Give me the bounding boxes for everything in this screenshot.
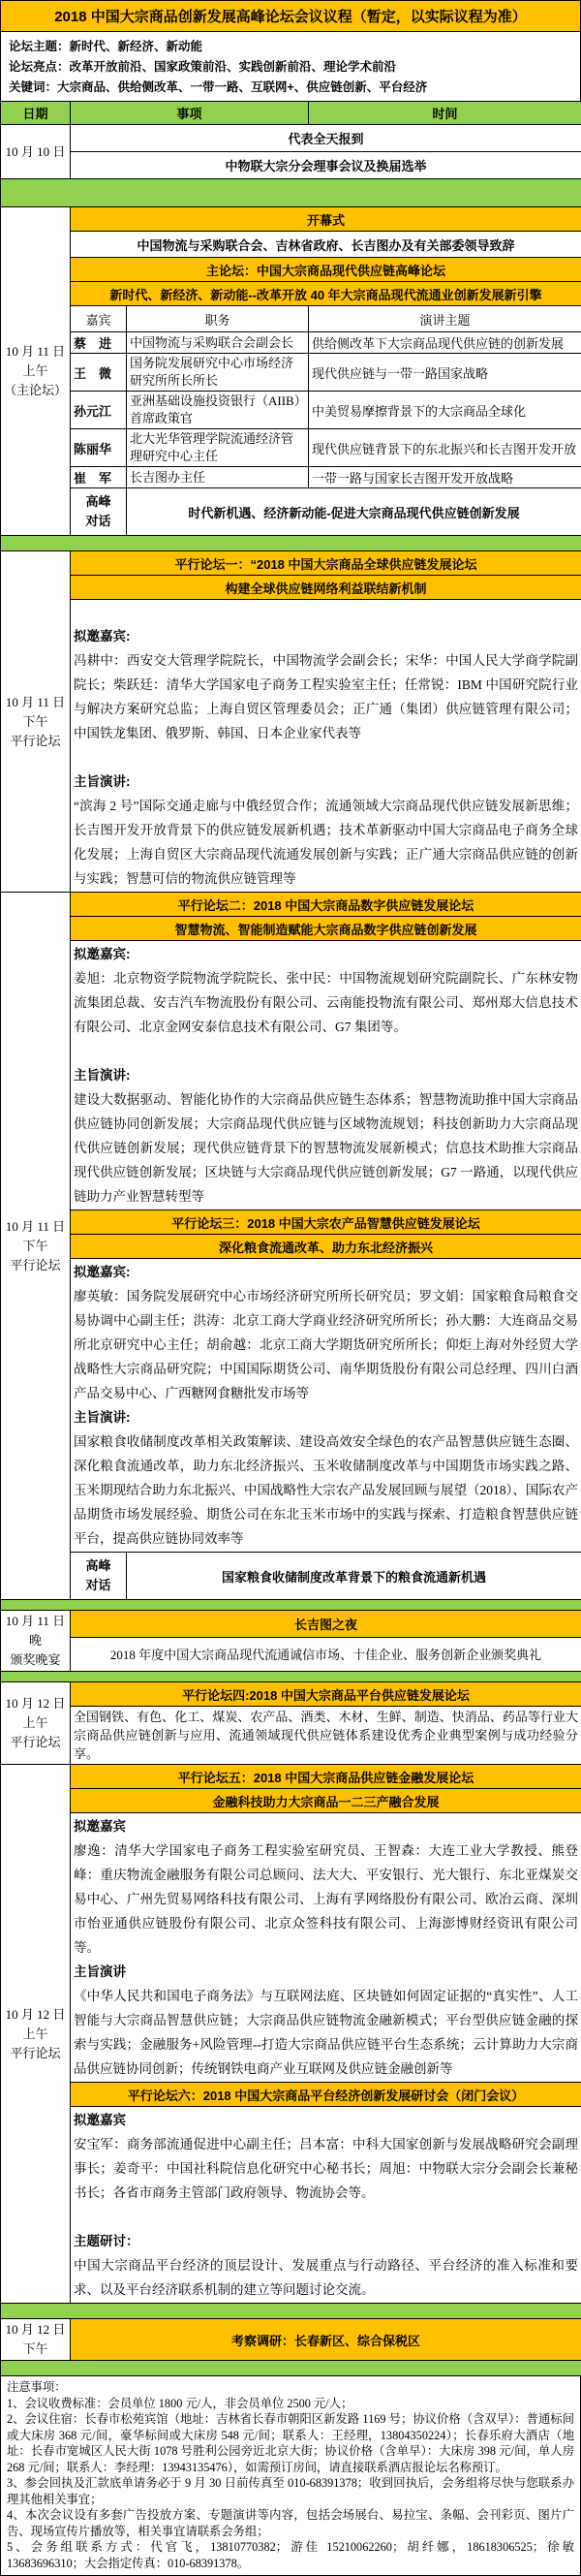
- forum3-keynote: 国家粮食收储制度改革相关政策解读、建设高效安全绿色的农产品智慧供应链生态圈、深化…: [74, 1429, 578, 1551]
- date-cell-oct11-afternoon-1: 10 月 11 日 下午 平行论坛: [1, 551, 71, 893]
- site-visit-event: 考察调研：长春新区、综合保税区: [71, 2319, 581, 2361]
- speaker-row: 崔 军 长吉图办主任 一带一路与国家长吉图开发开放战略: [1, 467, 581, 488]
- note-item: 2、会议住宿：长春市松苑宾馆（地址：吉林省长春市朝阳区新发路 1169 号；协议…: [7, 2411, 574, 2475]
- forum4-desc: 全国钢铁、有色、化工、煤炭、农产品、酒类、木材、生鲜、制造、快消品、药品等行业大…: [71, 1707, 581, 1765]
- forum3-guests: 廖英敏：国务院发展研究中心市场经济研究所所长研究员；罗文娟：国家粮食局粮食交易协…: [74, 1284, 578, 1405]
- separator-cell: [1, 1672, 581, 1682]
- event-council-meeting: 中物联大宗分会理事会议及换届选举: [71, 152, 581, 179]
- forum3-keynote-label: 主旨演讲:: [74, 1405, 578, 1429]
- separator-row: [1, 179, 581, 207]
- gala-title: 长吉图之夜: [71, 1611, 581, 1638]
- table-row-forum3-subtitle: 深化粮食流通改革、助力东北经济振兴: [1, 1235, 581, 1259]
- table-row-forum2-body: 拟邀嘉宾: 姜旭：北京物资学院物流学院院长、张中民：中国物流规划研究院副院长、广…: [1, 941, 581, 1210]
- table-row-forum3-body: 拟邀嘉宾: 廖英敏：国务院发展研究中心市场经济研究所所长研究员；罗文娟：国家粮食…: [1, 1259, 581, 1553]
- speaker-row: 王 微 国务院发展研究中心市场经济研究所所长所长 现代供应链与一带一路国家战略: [1, 354, 581, 392]
- topic-col-header: 演讲主题: [309, 306, 581, 332]
- page-title: 2018 中国大宗商品创新发展高峰论坛会议议程（暂定，以实际议程为准）: [0, 0, 581, 32]
- main-forum-title: 主论坛：中国大宗商品现代供应链高峰论坛: [71, 258, 581, 282]
- table-row-forum1-subtitle: 构建全球供应链网络利益联结新机制: [1, 576, 581, 600]
- table-row-oct10-registration: 10 月 10 日 代表全天报到: [1, 125, 581, 152]
- speaker-name: 孙元江: [71, 392, 127, 429]
- agenda-document: 2018 中国大宗商品创新发展高峰论坛会议议程（暂定，以实际议程为准） 论坛主题…: [0, 0, 581, 2576]
- forum2-body: 拟邀嘉宾: 姜旭：北京物资学院物流学院院长、张中民：中国物流规划研究院副院长、广…: [71, 941, 581, 1210]
- speaker-name: 陈丽华: [71, 429, 127, 467]
- separator-row: [1, 2361, 581, 2376]
- date-cell-oct10: 10 月 10 日: [1, 125, 71, 179]
- note-item: 3、参会回执及汇款底单请务必于 9 月 30 日前传真至 010-6839137…: [7, 2475, 574, 2507]
- separator-row: [1, 1600, 581, 1611]
- forum5-subtitle: 金融科技助力大宗商品一二三产融合发展: [71, 1789, 581, 1813]
- forum1-body: 拟邀嘉宾: 冯耕中：西安交大管理学院院长，中国物流学会副会长；宋华：中国人民大学…: [71, 600, 581, 893]
- event-registration: 代表全天报到: [71, 125, 581, 152]
- forum5-keynote-label: 主旨演讲: [74, 1960, 578, 1984]
- separator-row: [1, 1672, 581, 1682]
- table-row-forum5-subtitle: 金融科技助力大宗商品一二三产融合发展: [1, 1789, 581, 1813]
- table-row-main-forum-title: 主论坛：中国大宗商品现代供应链高峰论坛: [1, 258, 581, 282]
- grain-dialog-topic: 国家粮食收储制度改革背景下的粮食流通新机遇: [127, 1553, 581, 1600]
- col-header-date: 日期: [1, 102, 71, 125]
- forum2-guests: 姜旭：北京物资学院物流学院院长、张中民：中国物流规划研究院副院长、广东林安物流集…: [74, 966, 578, 1039]
- forum2-title: 平行论坛二：2018 中国大宗商品数字供应链发展论坛: [71, 893, 581, 917]
- separator-cell: [1, 179, 581, 207]
- col-header-time: 时间: [309, 102, 581, 125]
- forum-theme: 论坛主题：新时代、新经济、新动能: [9, 37, 572, 57]
- speaker-name: 蔡 进: [71, 332, 127, 354]
- col-header-item: 事项: [71, 102, 309, 125]
- forum6-seminar: 中国大宗商品平台经济的顶层设计、发展重点与行动路径、平台经济的准入标准和要求、以…: [74, 2253, 578, 2302]
- date-cell-oct11-afternoon-2: 10 月 11 日 下午 平行论坛: [1, 893, 71, 1600]
- separator-cell: [1, 536, 581, 551]
- table-row-forum4-title: 10 月 12 日 上午 平行论坛 平行论坛四:2018 中国大宗商品平台供应链…: [1, 1682, 581, 1707]
- forum1-guests: 冯耕中：西安交大管理学院院长，中国物流学会副会长；宋华：中国人民大学商学院副院长…: [74, 648, 578, 745]
- table-row-forum6-title: 平行论坛六：2018 中国大宗商品平台经济创新发展研讨会（闭门会议）: [1, 2083, 581, 2107]
- speaker-position: 中国物流与采购联合会副会长: [127, 332, 309, 354]
- forum3-subtitle: 深化粮食流通改革、助力东北经济振兴: [71, 1235, 581, 1259]
- table-row-forum2-subtitle: 智慧物流、智能制造赋能大宗商品数字供应链创新发展: [1, 917, 581, 941]
- leaders-speech: 中国物流与采购联合会、吉林省政府、长吉图办及有关部委领导致辞: [71, 232, 581, 258]
- table-header-row: 日期 事项 时间: [1, 102, 581, 125]
- note-item: 5、会务组联系方式：代官飞，13810770382；游佳 15210062260…: [7, 2539, 574, 2571]
- forum5-title: 平行论坛五：2018 中国大宗商品供应链金融发展论坛: [71, 1765, 581, 1789]
- table-row-forum3-title: 平行论坛三：2018 中国大宗农产品智慧供应链发展论坛: [1, 1210, 581, 1235]
- speaker-row: 陈丽华 北大光华管理学院流通经济管理研究中心主任 现代供应链背景下的东北振兴和长…: [1, 429, 581, 467]
- table-row-forum4-body: 全国钢铁、有色、化工、煤炭、农产品、酒类、木材、生鲜、制造、快消品、药品等行业大…: [1, 1707, 581, 1765]
- date-cell-oct11-evening: 10 月 11 日 晚 颁奖晚宴: [1, 1611, 71, 1672]
- forum2-subtitle: 智慧物流、智能制造赋能大宗商品数字供应链创新发展: [71, 917, 581, 941]
- meta-block: 论坛主题：新时代、新经济、新动能 论坛亮点：改革开放前沿、国家政策前沿、实践创新…: [0, 32, 581, 101]
- speaker-topic: 现代供应链与一带一路国家战略: [309, 354, 581, 392]
- speaker-topic: 供给侧改革下大宗商品现代供应链的创新发展: [309, 332, 581, 354]
- table-row-forum1-body: 拟邀嘉宾: 冯耕中：西安交大管理学院院长，中国物流学会副会长；宋华：中国人民大学…: [1, 600, 581, 893]
- speaker-position: 亚洲基础设施投资银行（AIIB）首席政策官: [127, 392, 309, 429]
- forum-highlights: 论坛亮点：改革开放前沿、国家政策前沿、实践创新前沿、理论学术前沿: [9, 57, 572, 78]
- forum1-subtitle: 构建全球供应链网络利益联结新机制: [71, 576, 581, 600]
- forum6-guests: 安宝军：商务部流通促进中心副主任；吕本富：中科大国家创新与发展战略研究会副理事长…: [74, 2132, 578, 2205]
- date-cell-oct12-afternoon: 10 月 12 日 下午: [1, 2319, 71, 2361]
- forum6-guests-label: 拟邀嘉宾: [74, 2108, 578, 2132]
- separator-row: [1, 2304, 581, 2319]
- summit-dialog-topic: 时代新机遇、经济新动能-促进大宗商品现代供应链创新发展: [127, 488, 581, 536]
- notes-section: 注意事项： 1、会议收费标准：会员单位 1800 元/人，非会员单位 2500 …: [0, 2376, 581, 2576]
- speaker-header-row: 嘉宾 职务 演讲主题: [1, 306, 581, 332]
- forum1-title: 平行论坛一：“2018 中国大宗商品全球供应链发展论坛: [71, 551, 581, 576]
- speaker-row: 蔡 进 中国物流与采购联合会副会长 供给侧改革下大宗商品现代供应链的创新发展: [1, 332, 581, 354]
- table-row-forum1-title: 10 月 11 日 下午 平行论坛 平行论坛一：“2018 中国大宗商品全球供应…: [1, 551, 581, 576]
- speaker-position: 国务院发展研究中心市场经济研究所所长所长: [127, 354, 309, 392]
- table-row-oct10-council: 中物联大宗分会理事会议及换届选举: [1, 152, 581, 179]
- agenda-table: 日期 事项 时间 10 月 10 日 代表全天报到 中物联大宗分会理事会议及换届…: [0, 101, 581, 2376]
- forum6-title: 平行论坛六：2018 中国大宗商品平台经济创新发展研讨会（闭门会议）: [71, 2083, 581, 2107]
- table-row-forum5-title: 10 月 12 日 上午 平行论坛 平行论坛五：2018 中国大宗商品供应链金融…: [1, 1765, 581, 1789]
- table-row-forum2-title: 10 月 11 日 下午 平行论坛 平行论坛二：2018 中国大宗商品数字供应链…: [1, 893, 581, 917]
- guest-col-header: 嘉宾: [71, 306, 127, 332]
- summit-dialog-row: 高峰 对话 时代新机遇、经济新动能-促进大宗商品现代供应链创新发展: [1, 488, 581, 536]
- separator-cell: [1, 2304, 581, 2319]
- separator-cell: [1, 1600, 581, 1611]
- speaker-name: 崔 军: [71, 467, 127, 488]
- grain-dialog-label: 高峰 对话: [71, 1553, 127, 1600]
- speaker-topic: 一带一路与国家长吉图开发开放战略: [309, 467, 581, 488]
- table-row-gala-desc: 2018 年度中国大宗商品现代流通诚信市场、十佳企业、服务创新企业颁奖典礼: [1, 1637, 581, 1671]
- table-row-leaders-speech: 中国物流与采购联合会、吉林省政府、长吉图办及有关部委领导致辞: [1, 232, 581, 258]
- forum3-body: 拟邀嘉宾: 廖英敏：国务院发展研究中心市场经济研究所所长研究员；罗文娟：国家粮食…: [71, 1259, 581, 1553]
- speaker-position: 长吉图办主任: [127, 467, 309, 488]
- table-row-opening-ceremony: 10 月 11 日 上午 （主论坛） 开幕式: [1, 207, 581, 232]
- forum6-seminar-label: 主题研讨：: [74, 2229, 578, 2253]
- table-row-forum5-body: 拟邀嘉宾 廖逸：清华大学国家电子商务工程实验室研究员、王智森：大连工业大学教授、…: [1, 1813, 581, 2083]
- speaker-name: 王 微: [71, 354, 127, 392]
- table-row-forum6-body: 拟邀嘉宾 安宝军：商务部流通促进中心副主任；吕本富：中科大国家创新与发展战略研究…: [1, 2107, 581, 2304]
- table-row-site-visit: 10 月 12 日 下午 考察调研：长春新区、综合保税区: [1, 2319, 581, 2361]
- note-item: 1、会议收费标准：会员单位 1800 元/人，非会员单位 2500 元/人；: [7, 2396, 574, 2412]
- position-col-header: 职务: [127, 306, 309, 332]
- notes-title: 注意事项：: [7, 2379, 574, 2396]
- note-item: 4、本次会议设有多套广告投放方案、专题演讲等内容，包括会场展台、易拉宝、条幅、会…: [7, 2507, 574, 2539]
- forum5-body: 拟邀嘉宾 廖逸：清华大学国家电子商务工程实验室研究员、王智森：大连工业大学教授、…: [71, 1813, 581, 2083]
- forum1-keynote: “滨海 2 号”国际交通走廊与中俄经贸合作；流通领域大宗商品现代供应链发展新思维…: [74, 794, 578, 891]
- separator-row: [1, 536, 581, 551]
- forum5-keynote: 《中华人民共和国电子商务法》与互联网法庭、区块链如何固定证据的“真实性”、人工智…: [74, 1984, 578, 2081]
- forum4-title: 平行论坛四:2018 中国大宗商品平台供应链发展论坛: [71, 1682, 581, 1707]
- speaker-position: 北大光华管理学院流通经济管理研究中心主任: [127, 429, 309, 467]
- forum3-guests-label: 拟邀嘉宾:: [74, 1260, 578, 1284]
- table-row-main-forum-subtitle: 新时代、新经济、新动能--改革开放 40 年大宗商品现代流通业创新发展新引擎: [1, 282, 581, 306]
- opening-ceremony-title: 开幕式: [71, 207, 581, 232]
- forum1-keynote-label: 主旨演讲:: [74, 770, 578, 794]
- speaker-topic: 中美贸易摩擦背景下的大宗商品全球化: [309, 392, 581, 429]
- speaker-row: 孙元江 亚洲基础设施投资银行（AIIB）首席政策官 中美贸易摩擦背景下的大宗商品…: [1, 392, 581, 429]
- date-cell-oct12-morning-2: 10 月 12 日 上午 平行论坛: [1, 1765, 71, 2304]
- table-row-gala-title: 10 月 11 日 晚 颁奖晚宴 长吉图之夜: [1, 1611, 581, 1638]
- forum2-keynote-label: 主旨演讲:: [74, 1063, 578, 1087]
- main-forum-subtitle: 新时代、新经济、新动能--改革开放 40 年大宗商品现代流通业创新发展新引擎: [71, 282, 581, 306]
- speaker-topic: 现代供应链背景下的东北振兴和长吉图开发开放: [309, 429, 581, 467]
- forum2-guests-label: 拟邀嘉宾:: [74, 942, 578, 966]
- forum2-keynote: 建设大数据驱动、智能化协作的大宗商品供应链生态体系；智慧物流助推中国大宗商品供应…: [74, 1087, 578, 1209]
- date-cell-oct11-morning: 10 月 11 日 上午 （主论坛）: [1, 207, 71, 536]
- date-cell-oct12-morning-1: 10 月 12 日 上午 平行论坛: [1, 1682, 71, 1765]
- forum6-body: 拟邀嘉宾 安宝军：商务部流通促进中心副主任；吕本富：中科大国家创新与发展战略研究…: [71, 2107, 581, 2304]
- forum5-guests: 廖逸：清华大学国家电子商务工程实验室研究员、王智森：大连工业大学教授、熊登峰：重…: [74, 1838, 578, 1960]
- gala-awards-desc: 2018 年度中国大宗商品现代流通诚信市场、十佳企业、服务创新企业颁奖典礼: [71, 1637, 581, 1671]
- forum3-title: 平行论坛三：2018 中国大宗农产品智慧供应链发展论坛: [71, 1210, 581, 1235]
- forum-keywords: 关键词：大宗商品、供给侧改革、一带一路、互联网+、供应链创新、平台经济: [9, 78, 572, 98]
- separator-cell: [1, 2361, 581, 2376]
- grain-dialog-row: 高峰 对话 国家粮食收储制度改革背景下的粮食流通新机遇: [1, 1553, 581, 1600]
- forum5-guests-label: 拟邀嘉宾: [74, 1814, 578, 1838]
- forum1-guests-label: 拟邀嘉宾:: [74, 624, 578, 648]
- summit-dialog-label: 高峰 对话: [71, 488, 127, 536]
